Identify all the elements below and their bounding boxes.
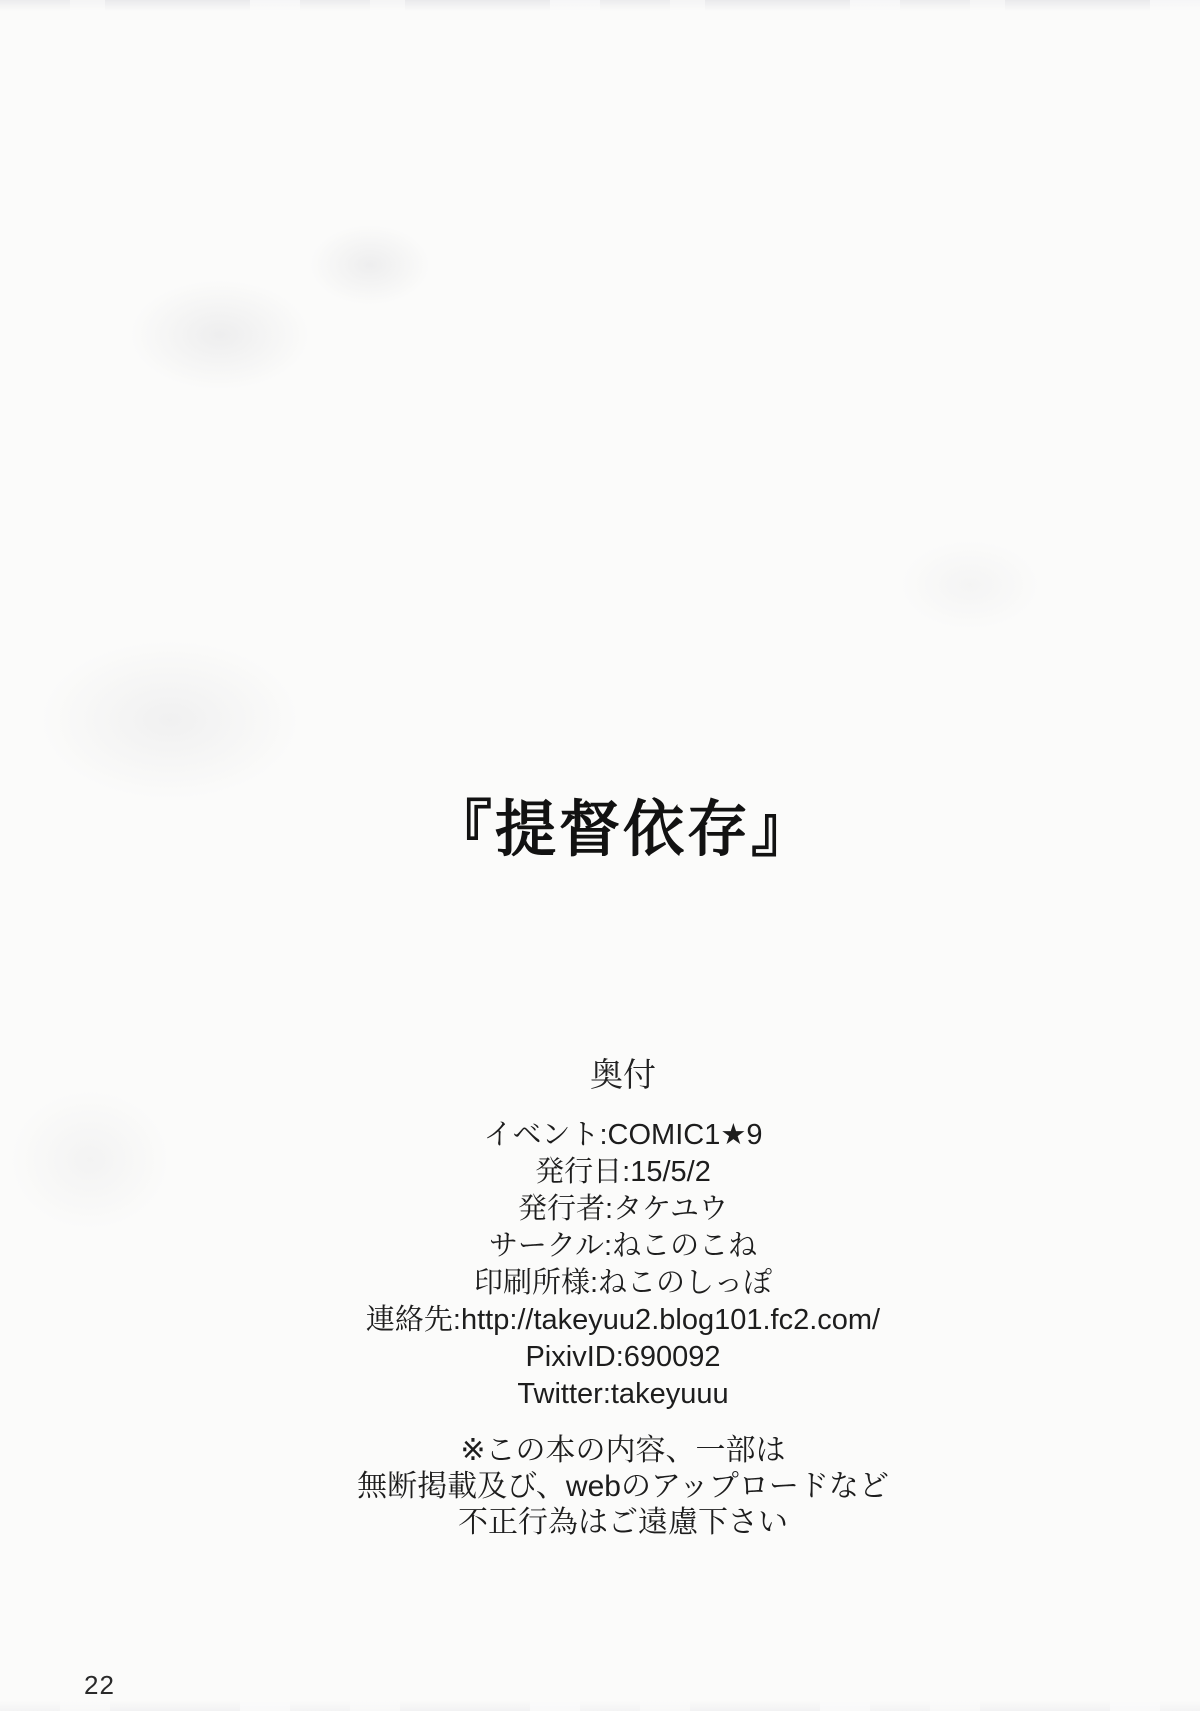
colophon-line-publisher: 発行者:タケユウ — [23, 1191, 1200, 1228]
colophon-line-twitter: Twitter:takeyuuu — [23, 1376, 1200, 1413]
colophon-line-contact-url: 連絡先:http://takeyuu2.blog101.fc2.com/ — [23, 1302, 1200, 1339]
scan-artifact-bottom-band — [0, 1701, 1200, 1711]
colophon-line-pub-date: 発行日:15/5/2 — [23, 1154, 1200, 1191]
page-number: 22 — [84, 1670, 115, 1701]
colophon-line-circle: サークル:ねこのこね — [23, 1228, 1200, 1265]
colophon-line-printer: 印刷所様:ねこのしっぽ — [23, 1265, 1200, 1302]
paper-smudge — [40, 640, 300, 800]
scan-artifact-top-band — [0, 0, 1200, 11]
paper-smudge — [130, 280, 310, 390]
paper-smudge — [900, 540, 1040, 630]
notice-line: 不正行為はご遠慮下さい — [23, 1505, 1200, 1541]
scanned-doujin-colophon-page: 『提督依存』 奥付 イベント:COMIC1★9 発行日:15/5/2 発行者:タ… — [0, 0, 1200, 1711]
colophon-line-event: イベント:COMIC1★9 — [23, 1117, 1200, 1154]
notice-line: ※この本の内容、一部は — [23, 1433, 1200, 1469]
copyright-notice-block: ※この本の内容、一部は 無断掲載及び、webのアップロードなど 不正行為はご遠慮… — [23, 1433, 1200, 1541]
colophon-heading: 奥付 — [23, 1049, 1200, 1096]
colophon-line-pixiv-id: PixivID:690092 — [23, 1339, 1200, 1376]
colophon-block: イベント:COMIC1★9 発行日:15/5/2 発行者:タケユウ サークル:ね… — [23, 1117, 1200, 1413]
notice-line: 無断掲載及び、webのアップロードなど — [23, 1469, 1200, 1505]
book-title: 『提督依存』 — [23, 781, 1200, 868]
paper-smudge — [310, 225, 430, 305]
